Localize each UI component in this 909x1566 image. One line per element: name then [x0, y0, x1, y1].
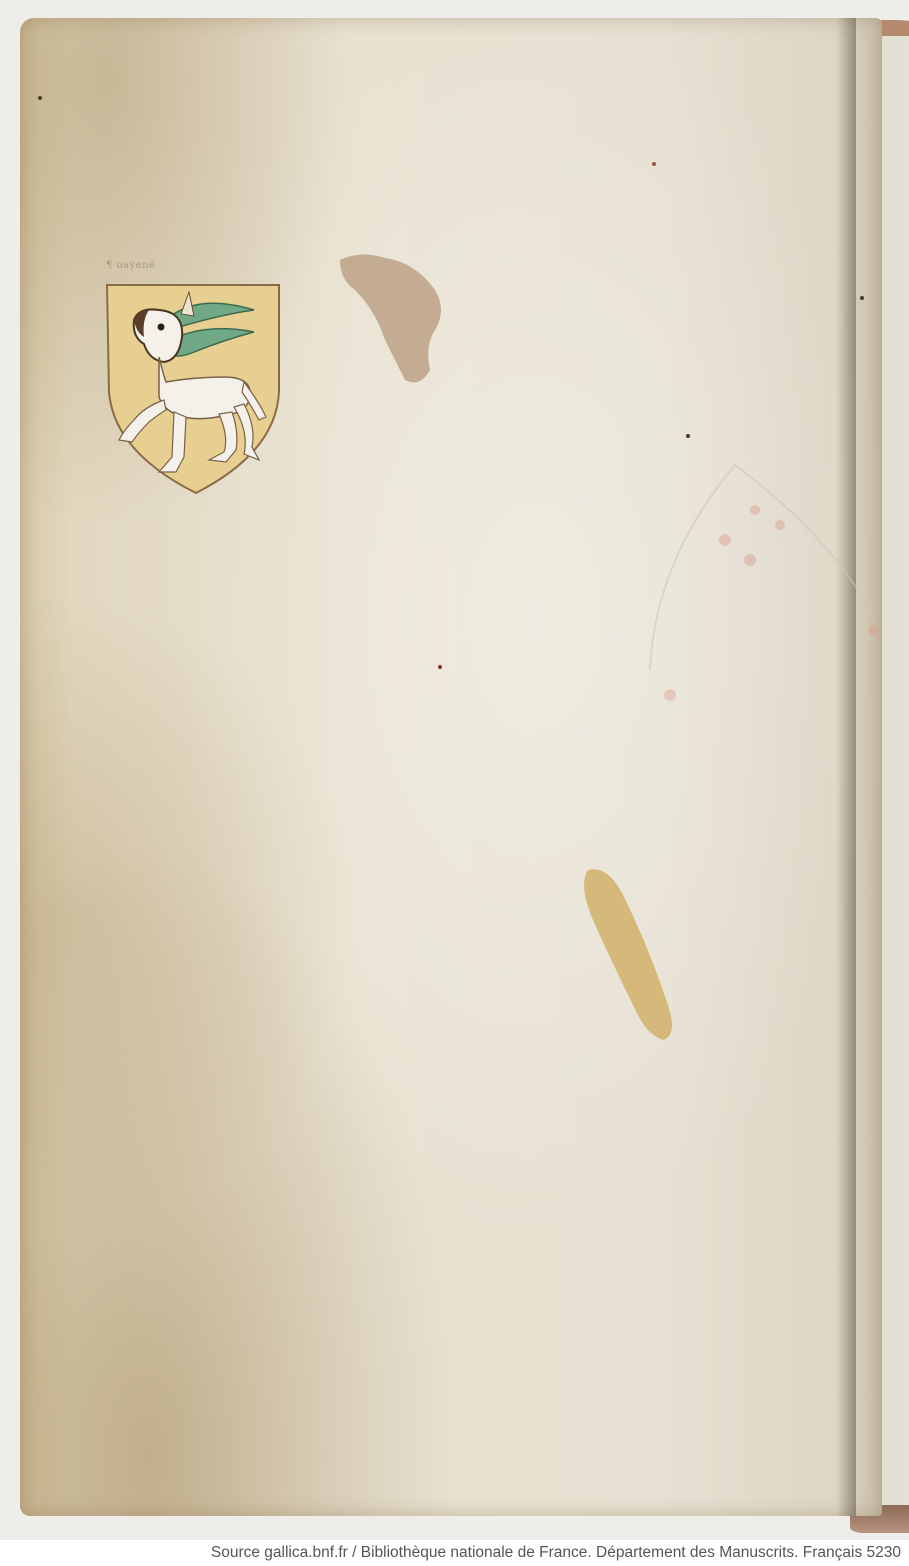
brown-stain — [335, 250, 450, 390]
shield-annotation-label: ¶ oayené — [106, 260, 155, 271]
ink-speck — [38, 96, 42, 100]
gutter-shadow — [836, 18, 856, 1516]
coat-of-arms-icon — [104, 282, 282, 496]
yellow-stain — [578, 865, 683, 1045]
ink-speck — [860, 296, 864, 300]
source-caption: Source gallica.bnf.fr / Bibliothèque nat… — [0, 1540, 909, 1566]
parchment-page — [20, 18, 882, 1516]
manuscript-viewer: ¶ oayené — [0, 0, 909, 1540]
ink-speck — [652, 162, 656, 166]
ghost-shield-offset — [645, 450, 880, 740]
ink-speck — [686, 434, 690, 438]
ink-speck — [438, 665, 442, 669]
